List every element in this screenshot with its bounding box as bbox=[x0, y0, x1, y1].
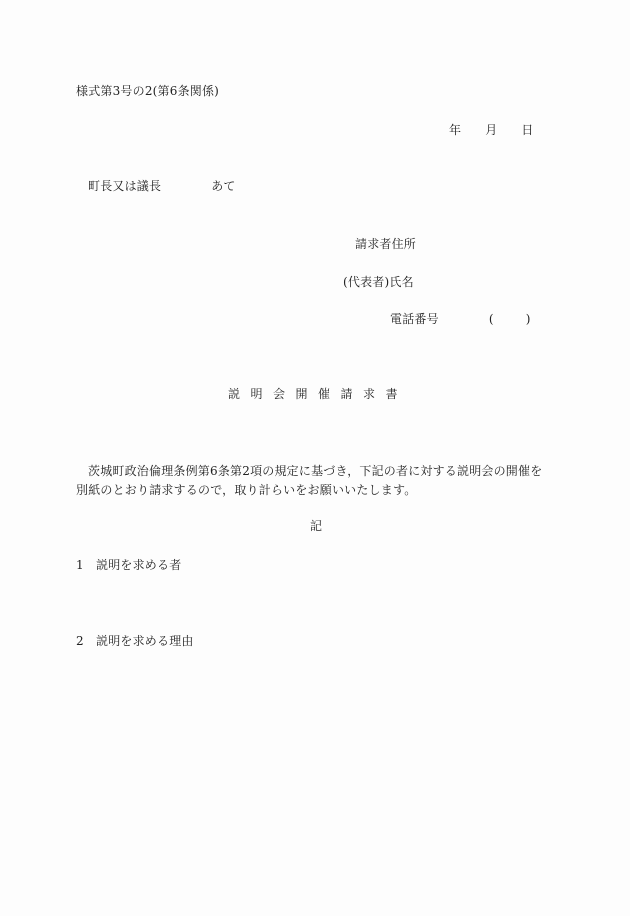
phone-open-paren: ( bbox=[489, 312, 494, 326]
requester-name-label: (代表者)氏名 bbox=[343, 274, 414, 290]
document-page: 様式第3号の2(第6条関係) 年月日 町長又は議長あて 請求者住所 (代表者)氏… bbox=[0, 0, 630, 916]
body-text: 茨城町政治倫理条例第6条第2項の規定に基づき，下記の者に対する説明会の開催を別紙… bbox=[76, 462, 554, 500]
month-label: 月 bbox=[485, 122, 497, 138]
requester-phone: 電話番号() bbox=[390, 311, 531, 327]
requester-address-label: 請求者住所 bbox=[355, 236, 416, 252]
item-1-number: 1 bbox=[76, 557, 96, 573]
document-title: 説明会開催請求書 bbox=[228, 386, 408, 402]
year-label: 年 bbox=[449, 122, 461, 138]
item-1-label: 説明を求める者 bbox=[96, 558, 181, 572]
addressee: 町長又は議長あて bbox=[88, 178, 236, 194]
item-2-label: 説明を求める理由 bbox=[96, 634, 194, 648]
addressee-name: 町長又は議長 bbox=[88, 179, 161, 193]
phone-label: 電話番号 bbox=[390, 312, 439, 326]
form-number: 様式第3号の2(第6条関係) bbox=[76, 83, 219, 99]
day-label: 日 bbox=[521, 122, 533, 138]
item-2-number: 2 bbox=[76, 633, 96, 649]
item-2: 2説明を求める理由 bbox=[76, 633, 194, 649]
ki-heading: 記 bbox=[310, 518, 322, 534]
addressee-suffix: あて bbox=[211, 179, 235, 193]
item-1: 1説明を求める者 bbox=[76, 557, 181, 573]
phone-close-paren: ) bbox=[526, 312, 531, 326]
date-line: 年月日 bbox=[449, 122, 534, 138]
